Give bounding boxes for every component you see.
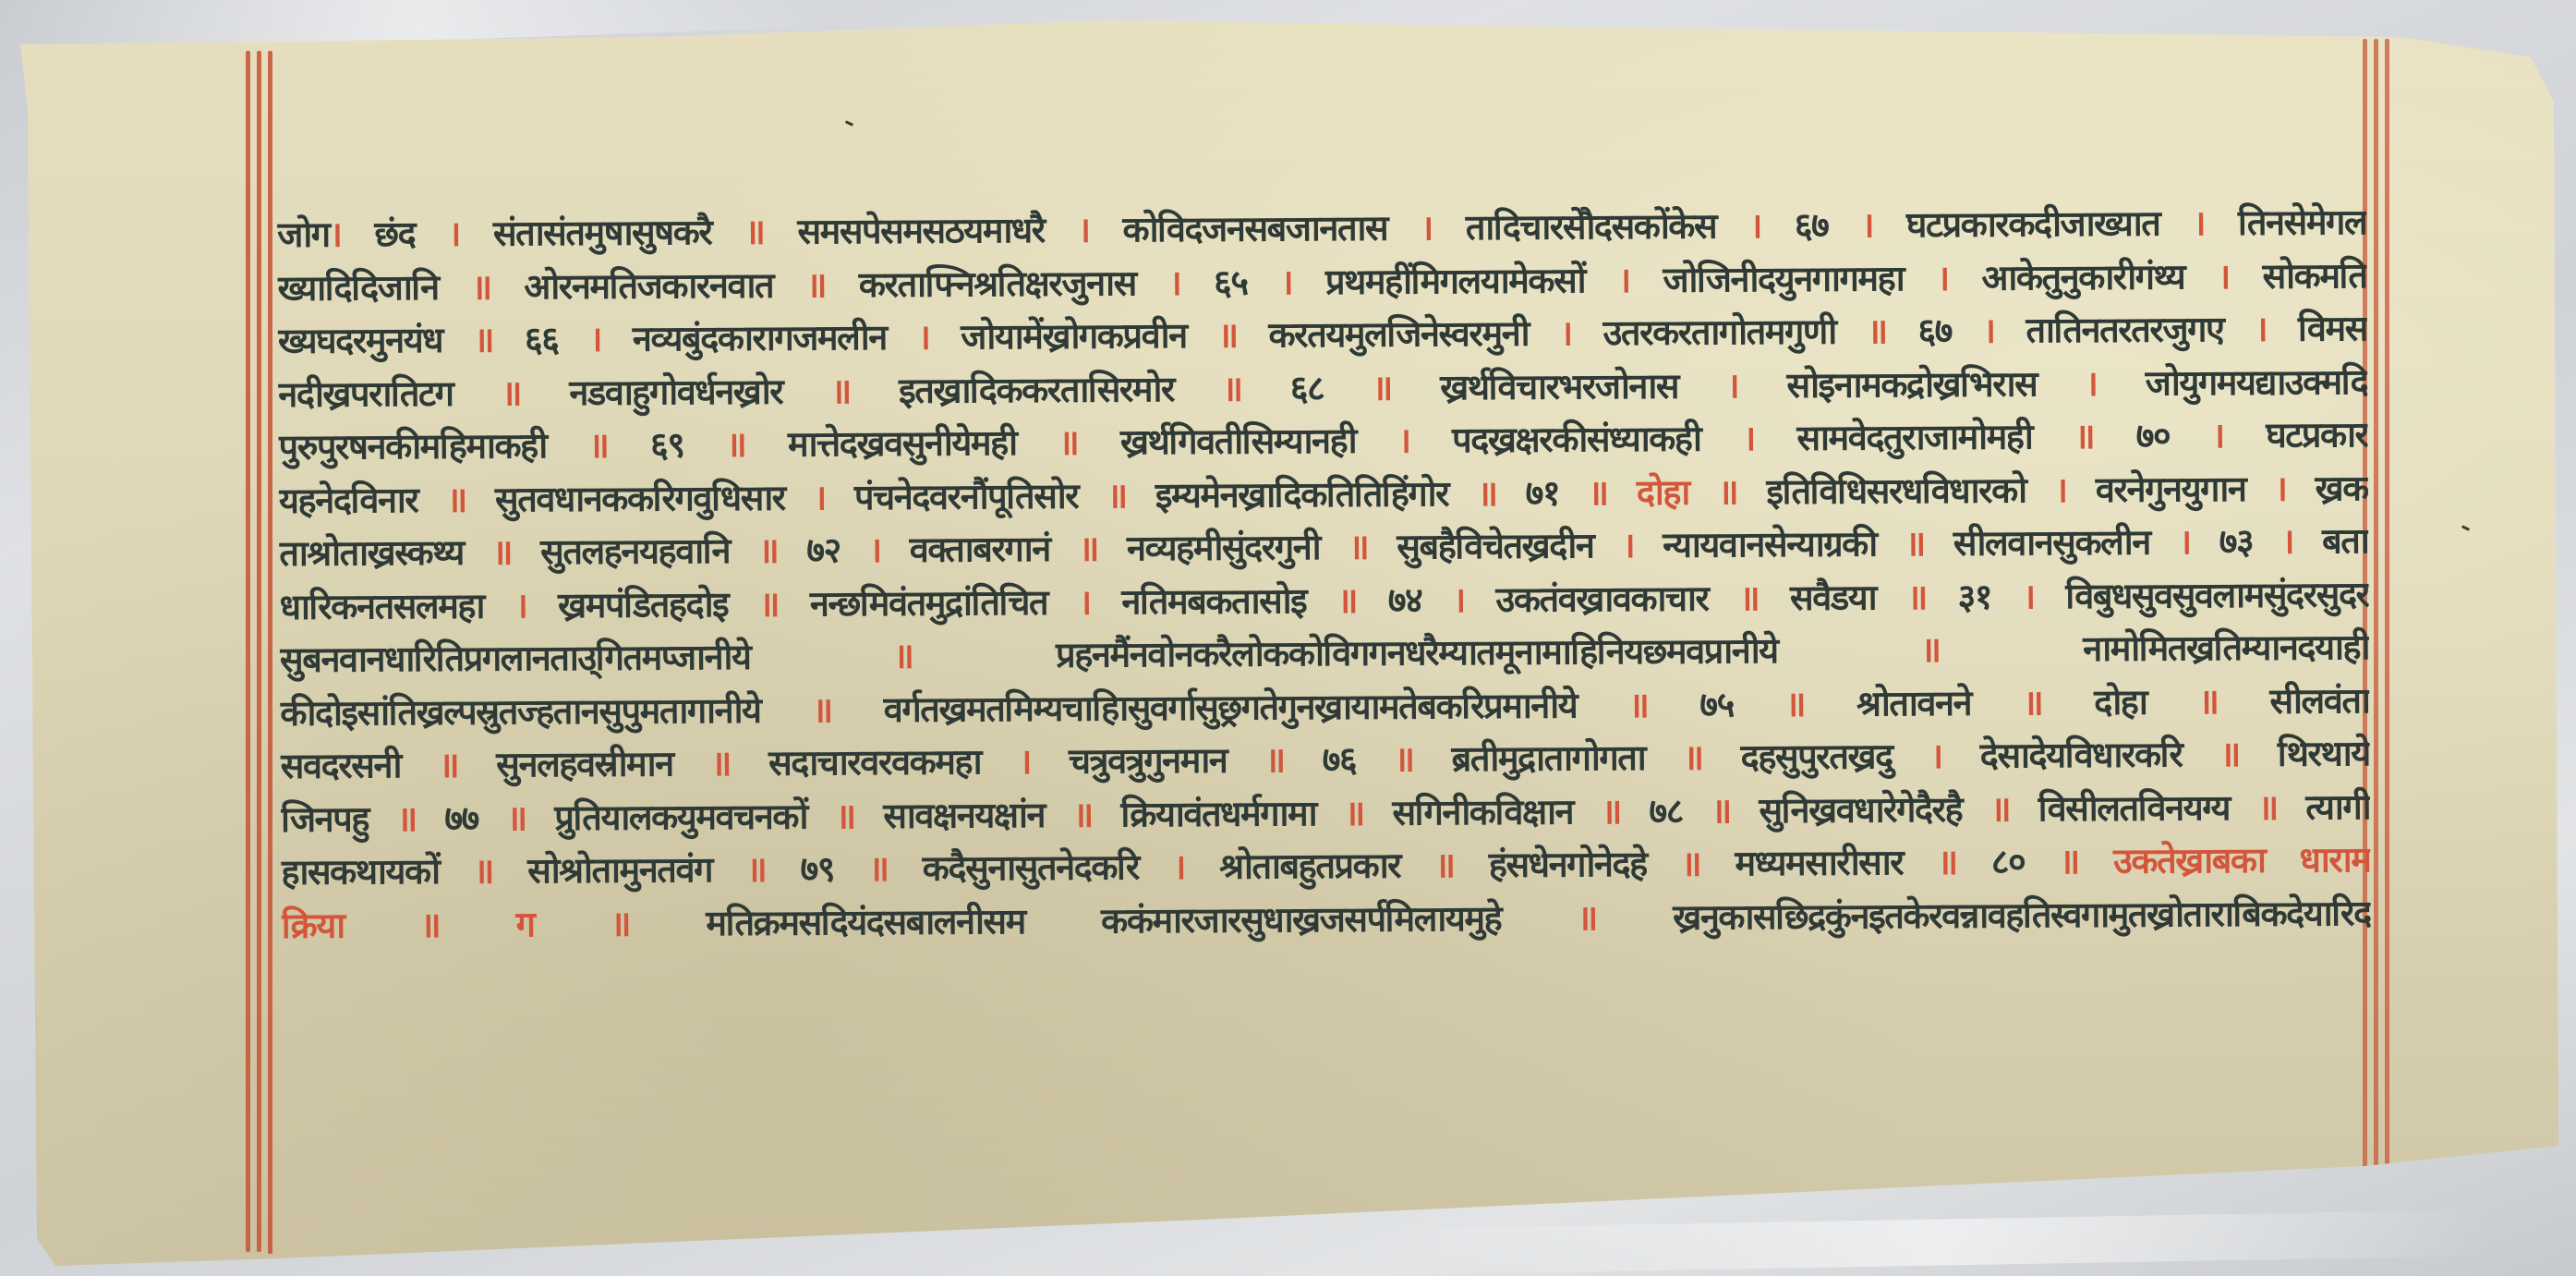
rubricated-text: ॥: [1920, 629, 1941, 670]
text-segment: जोजिनीदयुनगागमहा: [1630, 258, 1937, 300]
text-segment: करताफ्निश्रतिक्षरजुनास: [826, 262, 1169, 305]
manuscript-page: जोग। छंद । संतासंतमुषासुषकरै ॥ समसपेसमसठ…: [0, 0, 2576, 1276]
rubricated-text: ॥: [1372, 367, 1392, 407]
rubricated-text: ।: [329, 214, 341, 255]
rubricated-text: ॥: [746, 849, 767, 890]
rubricated-text: ॥: [1337, 579, 1358, 620]
rubricated-text: ।: [1622, 525, 1634, 565]
text-segment: पंचनेदवरनौंपूतिसोर: [826, 475, 1107, 517]
rubricated-text: ।: [514, 585, 526, 626]
text-segment: नामोमितख्रतिम्यानदयाही: [1940, 626, 2369, 670]
ink-speck: [2461, 525, 2470, 531]
rubricated-text: ॥: [474, 851, 494, 892]
text-segment: बता: [2293, 520, 2368, 561]
text-segment: ३१: [1927, 576, 2023, 617]
rubricated-text: ॥: [1681, 844, 1701, 884]
rubricated-text: ॥: [1348, 527, 1369, 567]
text-segment: कदैसुनासुतनेदकरि: [888, 846, 1173, 889]
rubricated-text: ।: [1173, 846, 1185, 887]
text-segment: कीदोइसांतिख्रल्पस्रुतज्हतानसुपुमतागानीये: [280, 689, 812, 734]
rubricated-text: ॥: [758, 530, 779, 571]
rubricated-text: ।: [1421, 207, 1433, 248]
text-segment: ओरनमतिजकारनवात: [490, 264, 805, 307]
rubricated-text: ॥ उकतेख्राबका धाराम: [2059, 839, 2370, 881]
text-segment: ६७: [1761, 205, 1862, 247]
rubricated-text: ॥: [1628, 684, 1649, 724]
rubricated-text: ।: [1930, 735, 1942, 776]
text-segment: सुबनवानधारितिप्रगलानताउ्गितमप्जानीये: [280, 636, 893, 680]
text-segment: सवैडया: [1759, 577, 1907, 618]
text-segment: सोश्रोतामुनतवंग: [493, 849, 746, 892]
text-segment: ख्रनुकासछिद्रकुंनइतकेरवन्नावहतिस्वगामुतख…: [1597, 893, 2371, 938]
text-segment: न्यायवानसेन्याग्रकी: [1634, 523, 1905, 565]
rubricated-text: ॥: [1905, 523, 1925, 564]
text-segment: सवदरसनी: [281, 745, 439, 786]
text-segment: श्रोतावनने: [1805, 682, 2023, 723]
text-segment: हंसधेनगोनेदहे: [1454, 844, 1681, 885]
rubricated-text: ।: [2218, 256, 2230, 297]
text-segment: ७९: [766, 848, 868, 890]
rubricated-text: ।: [1168, 262, 1180, 303]
text-segment: यहनेदविनार: [279, 479, 447, 520]
left-outer-margin-rule: [11, 166, 16, 1229]
text-segment: ७२: [778, 529, 869, 571]
rubricated-text: ।: [448, 213, 460, 254]
rubricated-text: ॥: [1867, 310, 1887, 351]
text-segment: जोयुगमयद्याउक्मदि: [2097, 361, 2367, 404]
left-margin-rule-1: [246, 51, 250, 1252]
text-segment: ब्रतीमुद्रातागोगता: [1413, 737, 1683, 780]
rubricated-text: ॥: [835, 796, 855, 836]
text-segment: उकतंवख्रावकाचार: [1465, 577, 1739, 620]
text-segment: ६५: [1180, 261, 1280, 303]
rubricated-text: ।: [2212, 415, 2224, 456]
rubricated-text: ।: [1560, 312, 1572, 353]
text-segment: इतिविधिसरधविधारको: [1737, 469, 2055, 512]
rubricated-text: ॥: [396, 798, 417, 839]
rubricated-text: ॥: [471, 266, 491, 307]
rubricated-text: ॥: [1222, 368, 1242, 408]
rubricated-text: ॥: [1079, 529, 1099, 569]
text-segment: पदख्रक्षरकीसंध्याकही: [1409, 418, 1743, 460]
text-segment: तादिचारसेौदसकोंकेस: [1433, 205, 1749, 248]
text-segment: दहसुपुरतख्रदु: [1702, 735, 1930, 778]
text-segment: सुतवधानककरिगवुधिसार: [466, 477, 814, 519]
text-segment: ख्रर्थविचारभरजोनास: [1392, 365, 1727, 407]
rubricated-text: ।: [1397, 420, 1409, 461]
text-segment: सोकमति: [2230, 255, 2367, 297]
right-margin-rule-2: [2374, 39, 2378, 1171]
text-segment: नव्यबुंदकारागजमलीन: [601, 317, 918, 359]
rubricated-text: ।: [2281, 521, 2293, 562]
ink-speck: [845, 120, 853, 127]
rubricated-text: ।: [2274, 468, 2286, 508]
text-segment: सुबहैविचेतख्रदीन: [1368, 525, 1622, 567]
rubricated-text: ॥: [506, 797, 526, 838]
text-segment: ७७: [417, 797, 507, 839]
text-segment: नव्यहमीसुंदरगुनी: [1098, 527, 1348, 569]
rubricated-text: ।: [1280, 261, 1292, 302]
rubricated-text: ।: [1019, 741, 1031, 782]
rubricated-text: ।: [1618, 260, 1630, 300]
text-segment: सामवेदतुराजामोमही: [1755, 416, 2074, 458]
rubricated-text: ॥: [1344, 792, 1364, 832]
rubricated-text: ॥: [1107, 475, 1127, 516]
rubricated-text: ॥: [2257, 786, 2278, 827]
text-segment: ७३: [2191, 521, 2282, 563]
text-segment: जिनपहु: [281, 798, 397, 840]
text-segment: ७०: [2094, 415, 2212, 456]
rubricated-text: ॥: [1217, 315, 1238, 356]
text-segment: पुरुपुरषनकीमहिमाकही: [278, 425, 588, 468]
cloth-fold: [1385, 1209, 2495, 1275]
left-margin-rule-2: [257, 51, 261, 1252]
rubricated-text: ॥ दोहा ॥: [1588, 471, 1737, 513]
rubricated-text: ॥: [1739, 577, 1760, 618]
text-segment: देसादेयविधारकरि: [1942, 734, 2220, 776]
text-segment: ६६: [493, 319, 589, 360]
text-segment: उतरकरतागोतमगुणी: [1572, 310, 1868, 353]
text-segment: सोइनामकद्रोख्रभिरास: [1738, 363, 2086, 406]
text-segment: ६९: [608, 424, 726, 466]
text-segment: श्रोताबहुतप्रकार: [1185, 845, 1435, 887]
rubricated-text: ॥: [711, 743, 732, 784]
text-segment: ७५: [1648, 684, 1785, 725]
rubricated-text: ॥: [830, 371, 851, 411]
text-segment: ख्यघदरमुनयंध: [278, 320, 474, 361]
text-segment: समसपेसमसठयमाधरै: [764, 210, 1077, 252]
text-segment: ताश्रोताख्रस्कथ्य: [279, 532, 492, 574]
text-segment: दोहा: [2042, 681, 2198, 723]
text-segment: नन्छमिवंतमुद्रांतिचित: [779, 581, 1079, 624]
rubricated-text: ।: [2055, 469, 2067, 510]
text-segment: प्रहनमैंनवोनकरैलोककोविगगनधरैम्यातमूनामाह…: [913, 629, 1920, 676]
text-segment: सावक्षनयक्षांन: [855, 794, 1073, 835]
text-segment: तातिनतरतरजुगए: [1994, 309, 2255, 351]
text-segment: सीलवंता: [2218, 680, 2369, 722]
rubricated-text: ॥: [1990, 788, 2011, 829]
text-segment: हासकथायकों: [281, 851, 474, 893]
rubricated-text: ॥: [806, 264, 827, 305]
rubricated-text: ॥: [893, 636, 913, 676]
text-segment: संतासंतमुषासुषकरै: [460, 212, 744, 254]
text-segment: सुनिख्रवधारेगेदैरहै: [1731, 788, 1990, 831]
rubricated-text: ॥: [1601, 791, 1621, 832]
rubricated-text: ॥: [1072, 794, 1093, 834]
left-margin-rule-3: [268, 51, 272, 1254]
right-margin-rule-3: [2385, 39, 2389, 1171]
text-segment: वर्गतख्रमतमिम्यचाहिासुवर्गासुछ्रगतेगुनख्…: [832, 685, 1629, 730]
text-segment: विसीलतविनयग्य: [2010, 786, 2258, 829]
text-segment: धारिकनतसलमहा: [279, 585, 514, 627]
text-segment: नडवाहुगोवर्धनख्रोर: [521, 371, 831, 413]
rubricated-text: ।: [1726, 365, 1738, 406]
text-segment: नदीख्रपरातिटग: [278, 372, 502, 414]
rubricated-text: ॥: [1907, 577, 1928, 617]
rubricated-text: ॥: [2023, 682, 2043, 723]
rubricated-text: ।: [2085, 362, 2097, 403]
text-segment: ख्रर्थगिवतीसिम्यानही: [1078, 420, 1398, 463]
text-segment: जोयामेंख्रोगकप्रवीन: [929, 315, 1217, 358]
rubricated-text: ।: [1861, 204, 1873, 245]
rubricated-text: ॥: [1434, 845, 1455, 885]
rubricated-text: ।: [1937, 257, 1949, 298]
rubricated-text: ॥: [2198, 681, 2219, 722]
rubricated-text: ॥: [744, 212, 765, 252]
text-segment: ख्यादिदिजानि: [277, 266, 471, 308]
rubricated-text: ॥: [446, 479, 466, 519]
text-segment: ७१: [1496, 472, 1588, 514]
text-segment: क्रियावंतधर्मगामा: [1093, 792, 1345, 834]
manuscript-text: जोग। छंद । संतासंतमुषासुषकरै ॥ समसपेसमसठ…: [277, 196, 2371, 953]
text-segment: ६७: [1887, 310, 1983, 352]
rubricated-text: ॥: [502, 372, 522, 413]
text-segment: प्रुतियालकयुमवचनकों: [526, 796, 836, 838]
text-segment: तिनसेमेगल: [2205, 201, 2366, 243]
text-segment: वक्ताबरगानं: [881, 529, 1079, 570]
text-segment: ७६: [1285, 739, 1395, 781]
rubricated-text: ।: [1079, 581, 1091, 622]
rubricated-text: ।: [814, 477, 826, 517]
rubricated-text: क्रिया ॥ ग ॥: [282, 903, 631, 945]
rubricated-text: ।: [917, 317, 929, 358]
rubricated-text: ॥: [1683, 737, 1703, 778]
rubricated-text: ॥: [812, 689, 832, 730]
rubricated-text: ॥: [1937, 842, 1957, 882]
rubricated-text: ॥: [492, 531, 513, 572]
rubricated-text: ॥: [1477, 472, 1497, 513]
text-segment: घटप्रकारकदीजाख्यात: [1873, 202, 2193, 245]
rubricated-text: ।: [1453, 579, 1465, 620]
rubricated-text: ।: [2179, 521, 2191, 562]
rubricated-text: ॥: [588, 425, 609, 466]
text-segment: मात्तेदख्रवसुनीयेमही: [745, 422, 1058, 465]
text-segment: विबुधसुवसुवलामसुंदरसुदर: [2035, 574, 2369, 616]
rubricated-text: ॥: [1394, 738, 1414, 779]
text-segment: कोविदजनसबजानतास: [1089, 207, 1421, 249]
text-segment: वरनेगुनयुगान: [2066, 468, 2274, 509]
text-segment: थिरथाये: [2240, 733, 2370, 774]
rubricated-text: ॥: [474, 320, 494, 360]
rubricated-text: ॥: [1264, 739, 1285, 780]
rubricated-text: ॥: [1785, 683, 1806, 723]
text-segment: प्रथमहींमिगलयामेकसों: [1292, 260, 1618, 302]
rubricated-text: ।: [1983, 310, 1995, 351]
rubricated-text: ।: [2193, 202, 2205, 243]
rubricated-text: ।: [869, 529, 881, 570]
rubricated-text: ॥: [1577, 897, 1597, 938]
text-segment: जोग: [277, 214, 330, 255]
rubricated-text: ॥: [726, 424, 746, 465]
text-segment: सगिनीकविक्षान: [1364, 791, 1602, 833]
text-segment: ६८: [1241, 367, 1372, 408]
text-segment: ख्रक: [2286, 468, 2368, 509]
text-segment: चत्रुवत्रुगुनमान: [1031, 739, 1265, 782]
text-segment: सुतलहनयहवानि: [512, 530, 758, 573]
rubricated-text: ।: [1743, 418, 1755, 458]
text-segment: ८०: [1956, 841, 2059, 882]
text-segment: मध्यमसारीसार: [1700, 842, 1937, 884]
rubricated-text: ।: [2255, 309, 2267, 349]
rubricated-text: ।: [1749, 205, 1761, 246]
text-segment: त्यागी: [2278, 786, 2370, 828]
text-segment: नतिमबकतासोइ: [1091, 579, 1337, 622]
rubricated-text: ॥: [2074, 416, 2095, 456]
text-segment: छंद: [341, 213, 448, 255]
rubricated-text: ॥: [1058, 422, 1079, 463]
rubricated-text: ॥: [759, 583, 780, 624]
text-segment: आकेतुनुकारीगंथ्य: [1949, 256, 2218, 298]
rubricated-text: ।: [2023, 576, 2035, 616]
text-segment: इतख्रादिककरतासिरमोर: [851, 368, 1223, 410]
rubricated-text: ।: [589, 319, 601, 359]
rubricated-text: ॥: [1711, 790, 1731, 831]
rubricated-text: ॥: [2219, 734, 2240, 774]
rubricated-text: ॥: [868, 848, 889, 889]
rubricated-text: ।: [1078, 210, 1090, 250]
text-segment: सीलवानसुकलीन: [1925, 521, 2179, 564]
text-segment: सदाचारवरवकमहा: [731, 741, 1019, 784]
text-segment: मतिक्रमसदियंदसबालनीसम ककंमारजारसुधाख्रजस…: [630, 897, 1578, 943]
text-segment: इम्यमेनख्रादिकतितिहिंगोर: [1126, 473, 1477, 516]
text-segment: विमस: [2267, 308, 2367, 349]
rubricated-text: ॥: [439, 745, 459, 785]
text-segment: सुनलहवस्रीमान: [458, 743, 711, 785]
text-segment: घटप्रकार: [2224, 414, 2368, 456]
text-segment: ७८: [1621, 790, 1711, 832]
text-segment: करतयमुलजिनेस्वरमुनी: [1238, 313, 1560, 356]
text-segment: ७४: [1357, 579, 1453, 621]
text-segment: ख्रमपंडितहदोइ: [526, 583, 759, 626]
